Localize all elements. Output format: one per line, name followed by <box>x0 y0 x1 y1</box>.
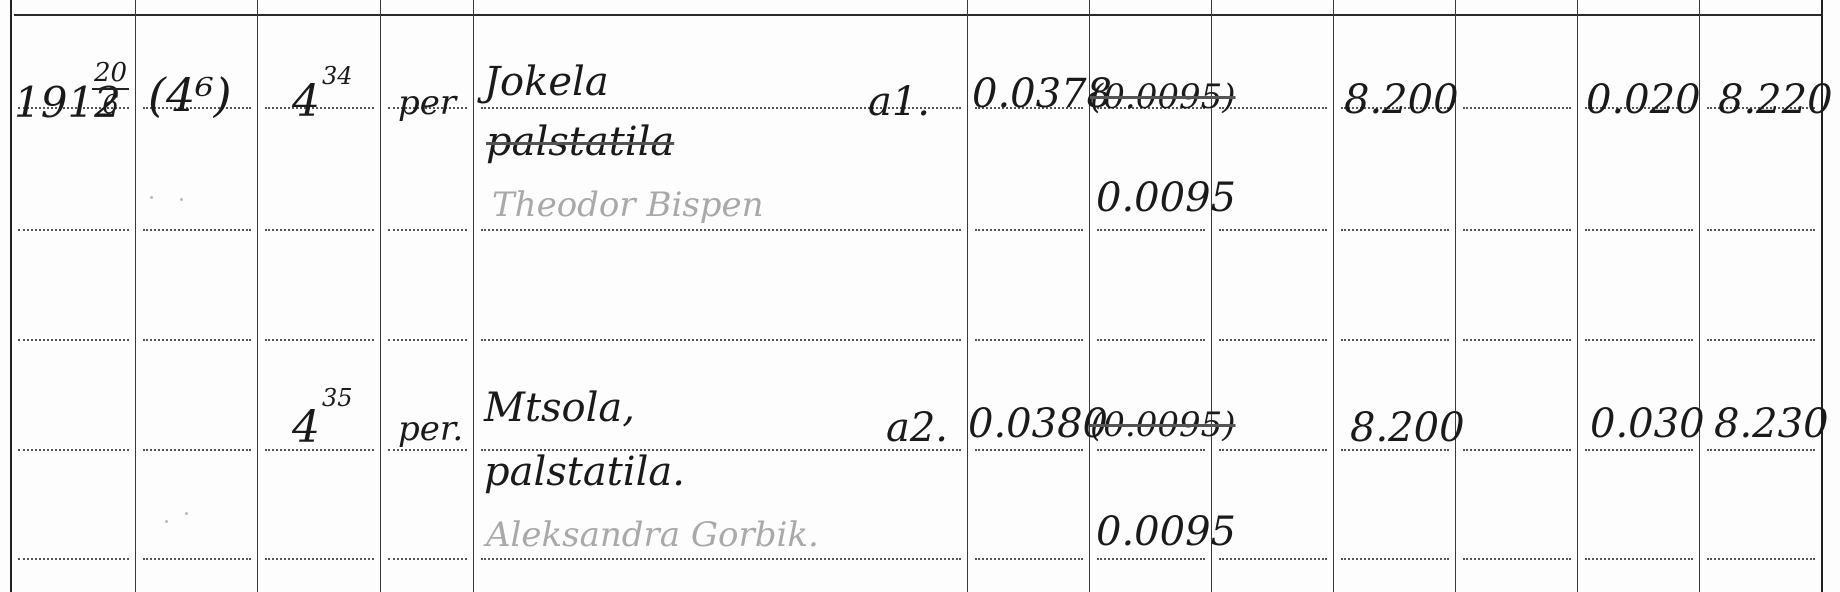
dotted-rule <box>388 229 467 231</box>
entry-amount: 8.200 <box>1344 80 1459 120</box>
dotted-rule <box>1585 339 1693 341</box>
dotted-rule <box>1707 558 1815 560</box>
dotted-rule <box>1585 558 1693 560</box>
dotted-rule <box>1097 229 1205 231</box>
column-line <box>380 0 381 592</box>
dotted-rule <box>388 449 467 451</box>
entry-total: 8.230 <box>1714 404 1829 444</box>
dotted-rule <box>1707 449 1815 451</box>
entry-name: Jokela <box>484 62 609 102</box>
entry-value2-corrected: 0.0095 <box>1096 512 1236 552</box>
entry-amount: 8.200 <box>1350 408 1465 448</box>
column-line <box>10 0 12 592</box>
dotted-rule <box>265 558 374 560</box>
entry-fee: 0.020 <box>1586 80 1701 120</box>
dotted-rule <box>388 558 467 560</box>
dotted-rule <box>975 558 1083 560</box>
dotted-rule <box>1463 339 1571 341</box>
dotted-rule <box>481 339 961 341</box>
dotted-rule <box>1341 229 1449 231</box>
ink-speck <box>180 198 183 201</box>
entry-code: a1. <box>868 82 930 122</box>
ink-speck <box>165 520 168 523</box>
entry-name: Mtsola, <box>484 388 635 428</box>
column-line <box>473 0 474 592</box>
dotted-rule <box>1219 229 1327 231</box>
dotted-rule <box>18 339 129 341</box>
entry-value2-struck: (0.0095) <box>1090 80 1236 114</box>
dotted-rule <box>388 339 467 341</box>
dotted-rule <box>18 558 129 560</box>
dotted-rule <box>1463 107 1571 109</box>
column-line <box>135 0 136 592</box>
date-day: 20 <box>92 58 129 90</box>
entry-total: 8.220 <box>1718 80 1833 120</box>
date-month: 6 <box>92 90 129 120</box>
entry-faint-name: Aleksandra Gorbik. <box>486 518 819 552</box>
entry-code: a2. <box>886 408 948 448</box>
dotted-rule <box>143 449 251 451</box>
entry-word2: palstatila <box>486 122 674 162</box>
ink-speck <box>185 512 188 515</box>
dotted-rule <box>1463 558 1571 560</box>
entry-prefix: per. <box>398 412 463 446</box>
entry-fee: 0.030 <box>1590 404 1705 444</box>
dotted-rule <box>143 229 251 231</box>
dotted-rule <box>1463 449 1571 451</box>
dotted-rule <box>975 339 1083 341</box>
dotted-rule <box>1341 558 1449 560</box>
entry-ref-main: 4 <box>292 80 320 124</box>
column-line <box>1577 0 1578 592</box>
entry-value2-corrected: 0.0095 <box>1096 178 1236 218</box>
dotted-rule <box>1219 449 1327 451</box>
dotted-rule <box>1097 558 1205 560</box>
column-line <box>257 0 258 592</box>
entry-ref-sup: 34 <box>322 62 353 90</box>
dotted-rule <box>1097 339 1205 341</box>
entry-ref-sup: 35 <box>322 384 353 412</box>
dotted-rule <box>1707 339 1815 341</box>
dotted-rule <box>975 229 1083 231</box>
dotted-rule <box>1463 229 1571 231</box>
entry-value2-struck: (0.0095) <box>1090 408 1236 442</box>
dotted-rule <box>1097 449 1205 451</box>
top-rule <box>14 14 1822 16</box>
dotted-rule <box>265 229 374 231</box>
entry-prefix: per <box>398 86 456 120</box>
entry-word2: palstatila. <box>484 452 685 492</box>
entry-ref-main: 4 <box>292 406 320 450</box>
dotted-rule <box>18 449 129 451</box>
dotted-rule <box>143 339 251 341</box>
dotted-rule <box>18 229 129 231</box>
entry-value1: 0.0380 <box>968 404 1108 444</box>
dotted-rule <box>1707 229 1815 231</box>
dotted-rule <box>1585 449 1693 451</box>
entry-faint-name: Theodor Bispen <box>492 188 764 222</box>
dotted-rule <box>481 229 961 231</box>
dotted-rule <box>975 449 1083 451</box>
column-line <box>1333 0 1334 592</box>
column-line <box>967 0 968 592</box>
dotted-rule <box>143 558 251 560</box>
entry-date-fraction: 20 6 <box>92 58 129 120</box>
dotted-rule <box>1585 229 1693 231</box>
dotted-rule <box>1341 339 1449 341</box>
dotted-rule <box>1219 339 1327 341</box>
dotted-rule <box>265 339 374 341</box>
ledger-page: 1912 20 6 (4⁶) 4 34 per Jokela palstatil… <box>0 0 1840 592</box>
ink-speck <box>150 196 153 199</box>
dotted-rule <box>481 558 961 560</box>
entry-ref-parenthetical: (4⁶) <box>148 72 232 118</box>
dotted-rule <box>1219 558 1327 560</box>
